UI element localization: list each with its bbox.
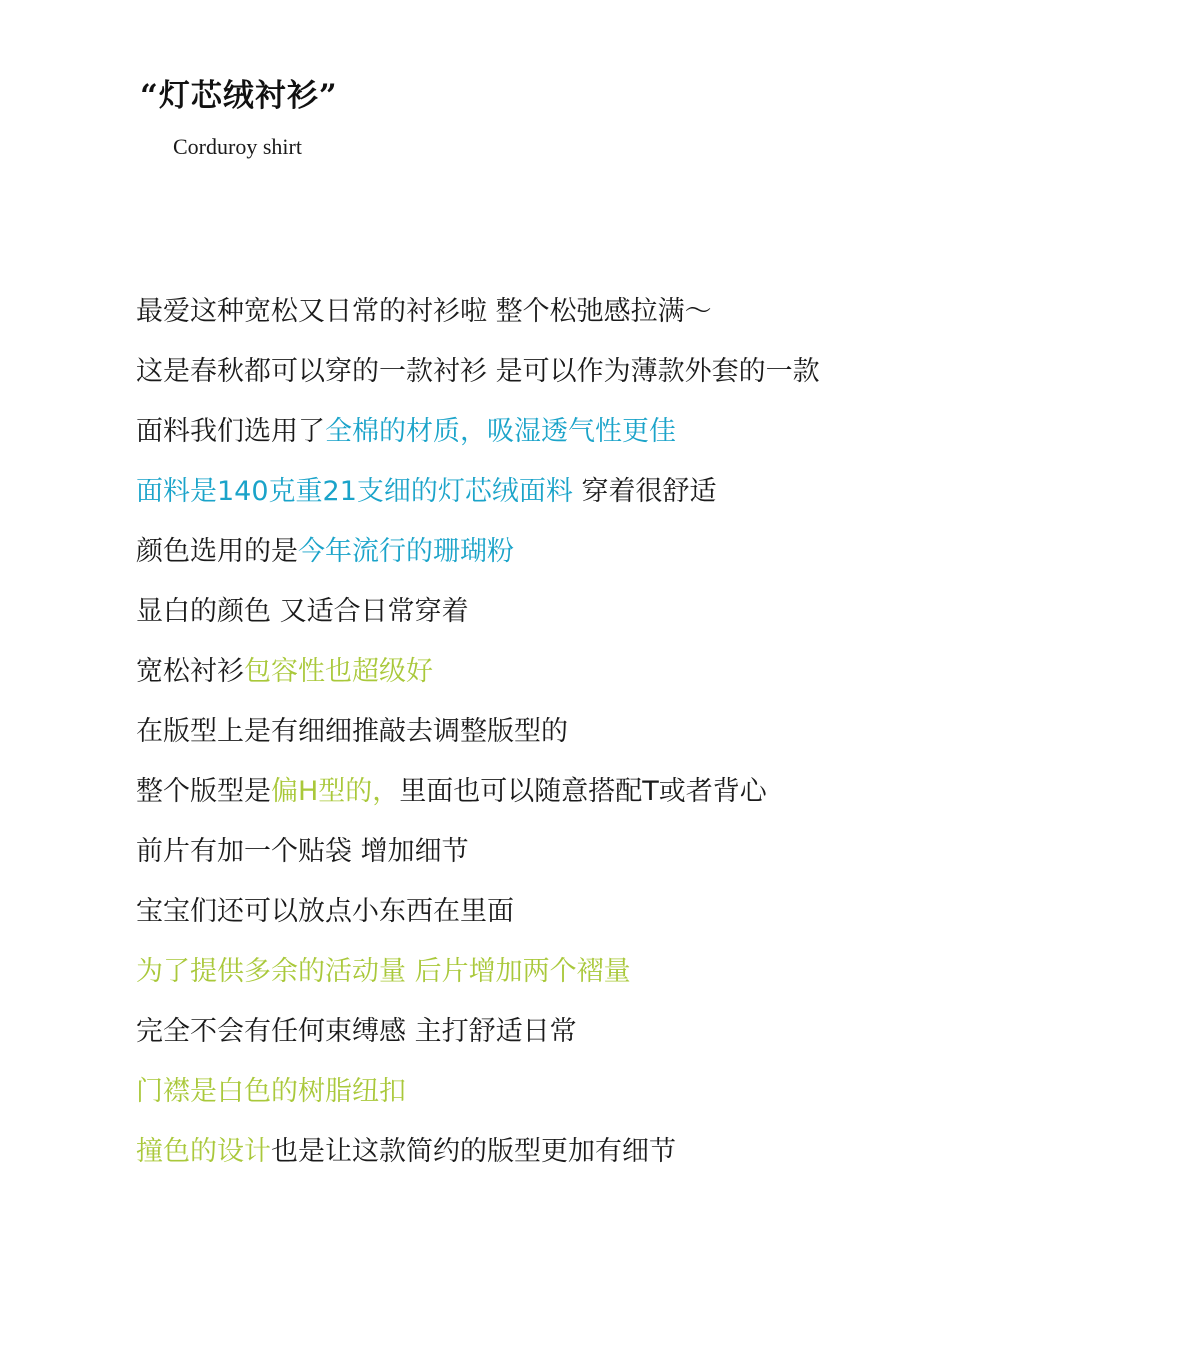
text-segment: 也是让这款简约的版型更加有细节 <box>271 1136 676 1167</box>
text-line: 整个版型是偏H型的，里面也可以随意搭配T或者背心 <box>136 762 820 822</box>
highlight-segment: 今年流行的珊瑚粉 <box>298 536 514 567</box>
highlight-segment: 为了提供多余的活动量 后片增加两个褶量 <box>136 956 631 987</box>
text-segment: 整个版型是 <box>136 776 271 807</box>
text-line: 最爱这种宽松又日常的衬衫啦 整个松弛感拉满～ <box>136 282 820 342</box>
text-line: 颜色选用的是今年流行的珊瑚粉 <box>136 522 820 582</box>
text-segment: 宽松衬衫 <box>136 656 244 687</box>
text-line: 在版型上是有细细推敲去调整版型的 <box>136 702 820 762</box>
highlight-segment: 全棉的材质，吸湿透气性更佳 <box>325 416 676 447</box>
text-line: 宝宝们还可以放点小东西在里面 <box>136 882 820 942</box>
text-segment: 在版型上是有细细推敲去调整版型的 <box>136 716 568 747</box>
page-title: “灯芯绒衬衫” <box>140 74 338 118</box>
text-segment: 穿着很舒适 <box>573 476 717 507</box>
text-line: 完全不会有任何束缚感 主打舒适日常 <box>136 1002 820 1062</box>
text-segment: 完全不会有任何束缚感 主打舒适日常 <box>136 1016 577 1047</box>
text-segment: 显白的颜色 又适合日常穿着 <box>136 596 469 627</box>
highlight-segment: 面料是140克重21支细的灯芯绒面料 <box>136 476 573 507</box>
text-segment: 这是春秋都可以穿的一款衬衫 是可以作为薄款外套的一款 <box>136 356 820 387</box>
description-text: 最爱这种宽松又日常的衬衫啦 整个松弛感拉满～ 这是春秋都可以穿的一款衬衫 是可以… <box>136 282 820 1182</box>
text-line: 显白的颜色 又适合日常穿着 <box>136 582 820 642</box>
highlight-segment: 偏H型的， <box>271 776 399 807</box>
text-line: 为了提供多余的活动量 后片增加两个褶量 <box>136 942 820 1002</box>
page-subtitle: Corduroy shirt <box>173 132 338 162</box>
title-block: “灯芯绒衬衫” Corduroy shirt <box>140 74 338 162</box>
text-segment: 颜色选用的是 <box>136 536 298 567</box>
text-segment: 面料我们选用了 <box>136 416 325 447</box>
highlight-segment: 撞色的设计 <box>136 1136 271 1167</box>
highlight-segment: 包容性也超级好 <box>244 656 433 687</box>
text-line: 前片有加一个贴袋 增加细节 <box>136 822 820 882</box>
text-segment: 最爱这种宽松又日常的衬衫啦 整个松弛感拉满～ <box>136 296 712 327</box>
text-line: 面料是140克重21支细的灯芯绒面料 穿着很舒适 <box>136 462 820 522</box>
text-line: 这是春秋都可以穿的一款衬衫 是可以作为薄款外套的一款 <box>136 342 820 402</box>
text-segment: 宝宝们还可以放点小东西在里面 <box>136 896 514 927</box>
text-line: 撞色的设计也是让这款简约的版型更加有细节 <box>136 1122 820 1182</box>
text-segment: 前片有加一个贴袋 增加细节 <box>136 836 469 867</box>
text-line: 面料我们选用了全棉的材质，吸湿透气性更佳 <box>136 402 820 462</box>
text-line: 宽松衬衫包容性也超级好 <box>136 642 820 702</box>
text-line: 门襟是白色的树脂纽扣 <box>136 1062 820 1122</box>
text-segment: 里面也可以随意搭配T或者背心 <box>399 776 767 807</box>
highlight-segment: 门襟是白色的树脂纽扣 <box>136 1076 406 1107</box>
